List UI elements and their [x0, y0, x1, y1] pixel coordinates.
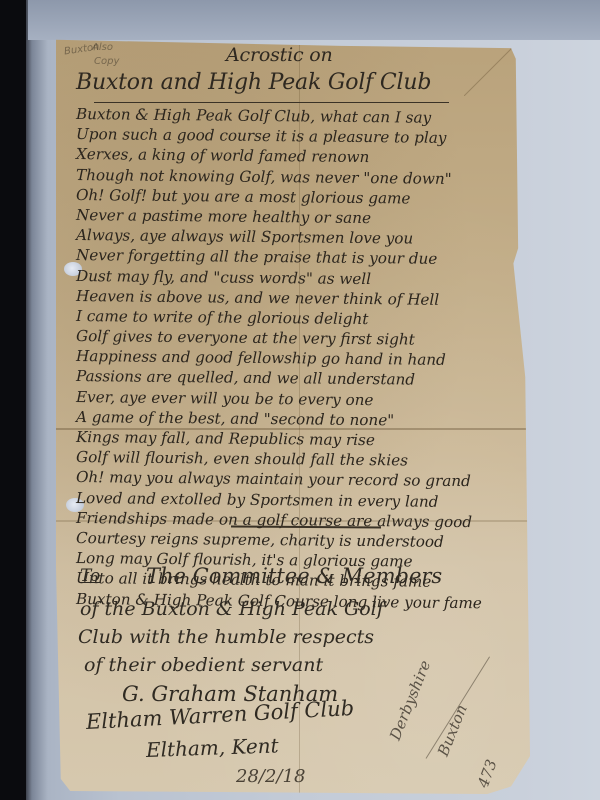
address-to-label: To — [80, 566, 100, 586]
margin-note: Also — [92, 42, 113, 53]
document-title: Acrostic on — [226, 44, 333, 66]
title-underline — [94, 102, 449, 103]
address-line: Club with the humble respects — [78, 626, 374, 648]
document-subtitle: Buxton and High Peak Golf Club — [76, 70, 431, 95]
corner-crease — [464, 36, 524, 96]
acrostic-poem: Buxton & High Peak Golf Club, what can I… — [76, 104, 482, 609]
pencil-annotation: Derbyshire — [386, 658, 434, 743]
date-underline — [206, 794, 386, 799]
address-line: of the Buxton & High Peak Golf — [80, 598, 384, 620]
archive-number: 473 — [474, 757, 501, 790]
pencil-annotation: Buxton — [434, 702, 471, 759]
signature-date: 28/2/18 — [236, 766, 305, 787]
margin-note: Copy — [94, 56, 119, 67]
letter-paper: Buxton Also Copy Acrostic on Buxton and … — [56, 36, 530, 794]
address-line: of their obedient servant — [84, 654, 323, 676]
photo-backdrop — [28, 0, 600, 40]
photo-left-shadow — [0, 0, 26, 800]
address-line: The Committee & Members — [146, 564, 442, 588]
signature-place: Eltham, Kent — [146, 733, 279, 762]
